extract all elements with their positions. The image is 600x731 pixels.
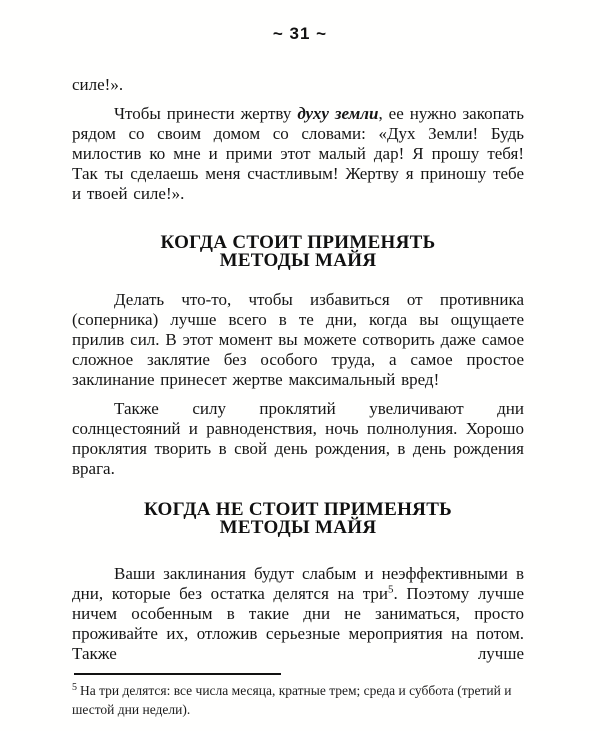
- footnote-text: 5На три делятся: все числа месяца, кратн…: [72, 681, 524, 719]
- page-number: ~ 31 ~: [0, 0, 600, 44]
- book-page: ~ 31 ~ силе!». Чтобы принести жертву дух…: [0, 0, 600, 731]
- paragraph-sacrifice-before: Чтобы принести жертву: [114, 104, 297, 123]
- footnote-body: На три делятся: все числа месяца, кратны…: [72, 683, 511, 717]
- paragraph-weak-days: Ваши заклинания будут слабым и неэффекти…: [72, 564, 524, 664]
- paragraph-power-days: Также силу проклятий увеличивают дни сол…: [72, 399, 524, 479]
- paragraph-timing: Делать что-то, чтобы избавиться от проти…: [72, 290, 524, 390]
- paragraph-continuation: силе!».: [72, 75, 524, 95]
- heading-when-not-to-apply-line2: МЕТОДЫ МАЙЯ: [72, 519, 524, 537]
- footnote-marker: 5: [72, 682, 77, 693]
- paragraph-sacrifice: Чтобы принести жертву духу земли, ее нуж…: [72, 104, 524, 204]
- heading-when-to-apply: КОГДА СТОИТ ПРИМЕНЯТЬМЕТОДЫ МАЙЯ: [72, 234, 524, 270]
- heading-when-not-to-apply: КОГДА НЕ СТОИТ ПРИМЕНЯТЬМЕТОДЫ МАЙЯ: [72, 501, 524, 537]
- heading-when-to-apply-line2: МЕТОДЫ МАЙЯ: [72, 252, 524, 270]
- footnote-block: 5На три делятся: все числа месяца, кратн…: [72, 673, 524, 719]
- footnote-rule: [74, 673, 281, 675]
- paragraph-sacrifice-emphasis: духу земли: [297, 104, 378, 123]
- page-content: силе!». Чтобы принести жертву духу земли…: [0, 75, 600, 719]
